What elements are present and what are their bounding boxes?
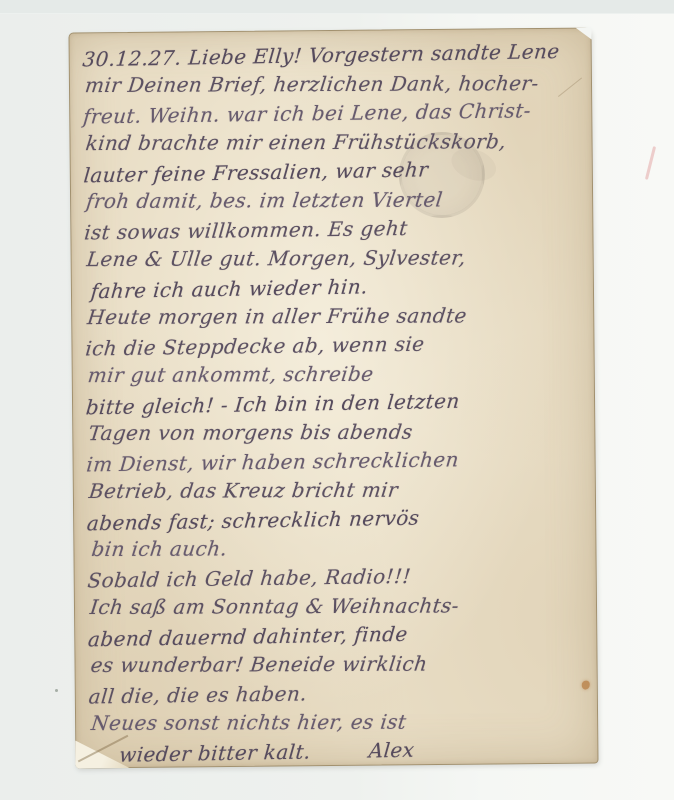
handwriting-line: bin ich auch. [86,533,589,564]
handwriting-line: im Dienst, wir haben schrecklichen [85,443,588,479]
handwriting-line: froh damit, bes. im letzten Viertel [83,185,586,216]
handwriting-line: mir Deinen Brief, herzlichen Dank, hoche… [81,69,584,100]
scanned-postcard-image: 30.12.27. Liebe Elly! Vorgestern sandte … [0,0,674,800]
handwriting-line: ist sowas willkommen. Es geht [83,211,586,247]
background-speck [55,689,58,692]
handwriting-line: es wunderbar! Beneide wirklich [87,649,590,680]
handwriting-line: Tagen von morgens bis abends [85,417,588,448]
handwriting-line: Heute morgen in aller Frühe sandte [84,301,587,332]
handwriting-line: ich die Steppdecke ab, wenn sie [84,327,587,363]
handwritten-text-block: 30.12.27. Liebe Elly! Vorgestern sandte … [83,39,590,769]
handwriting-line: Sobald ich Geld habe, Radio!!! [86,559,589,595]
scan-edge-mark [645,146,656,180]
handwriting-line: freut. Weihn. war ich bei Lene, das Chri… [82,95,585,131]
scan-top-strip [0,0,674,14]
handwriting-text: wieder bitter kalt. [118,739,312,766]
handwriting-line: wieder bitter kalt.Alex [88,733,591,771]
signature: Alex [368,738,416,763]
postcard: 30.12.27. Liebe Elly! Vorgestern sandte … [68,28,598,769]
handwriting-line: all die, die es haben. [87,675,590,711]
